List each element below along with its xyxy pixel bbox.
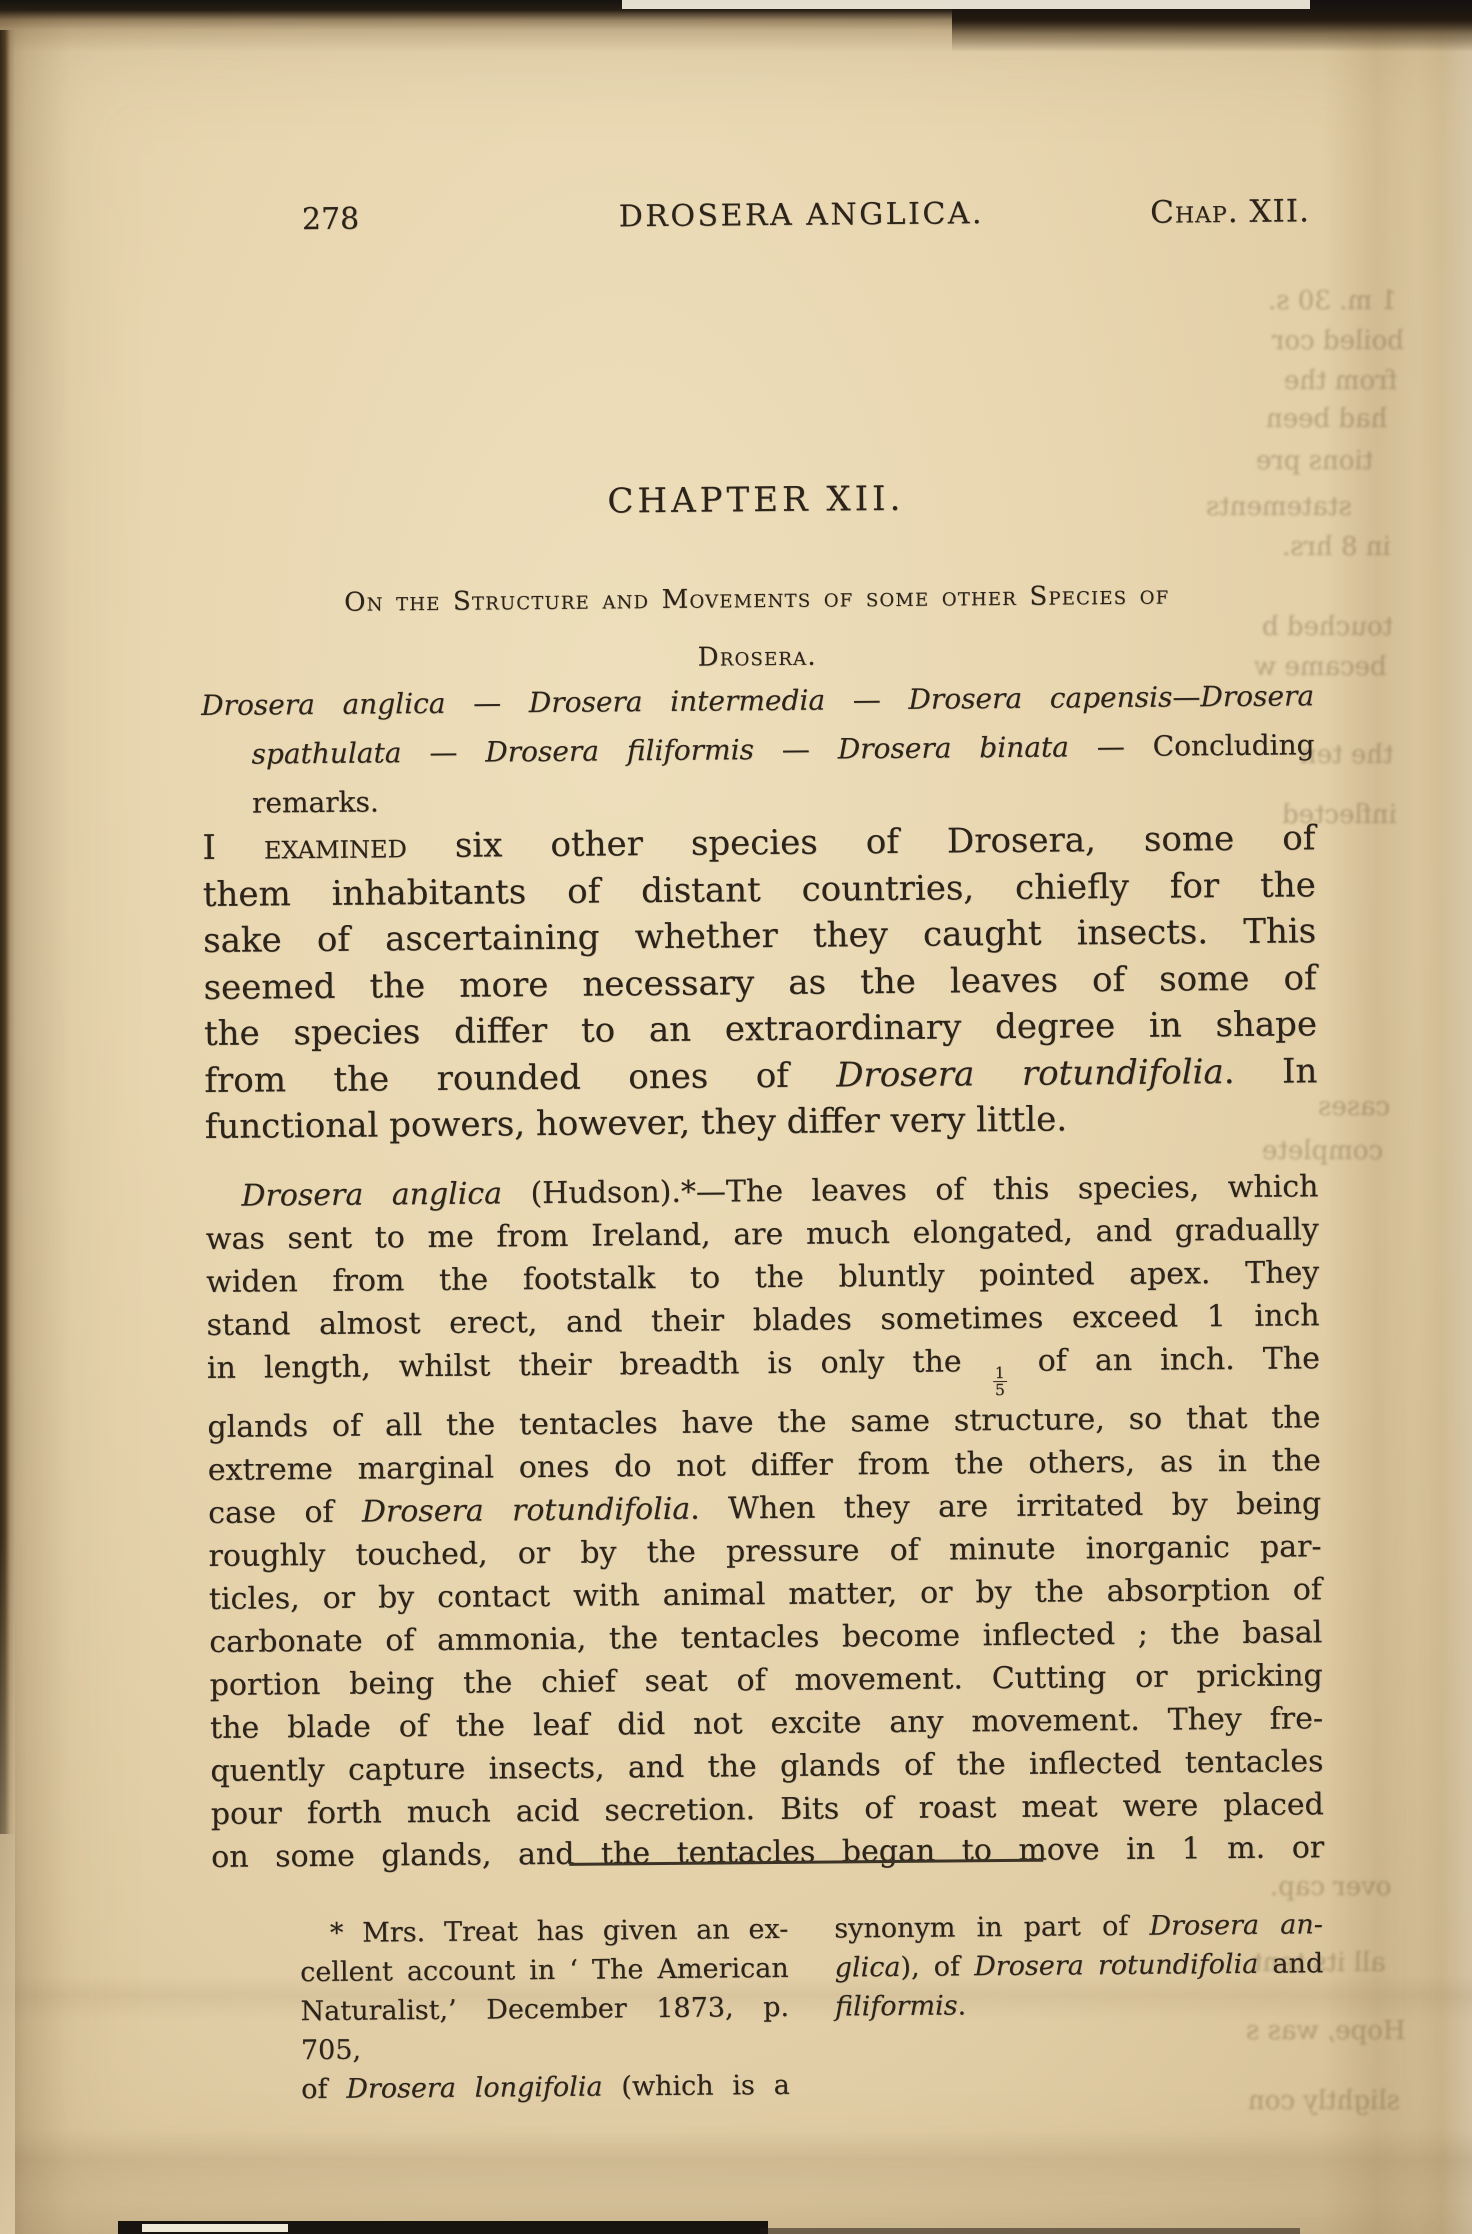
text-segment: and — [1258, 1948, 1323, 1980]
text-segment: Drosera binata — [838, 730, 1069, 765]
chapter-synopsis: Drosera anglica — Drosera intermedia — D… — [201, 671, 1315, 828]
show-through-fragment: from the — [1284, 366, 1397, 396]
text-segment: on some glands, and the tentacles began … — [211, 1830, 1324, 1875]
scan-bottom-edge-right — [760, 2228, 1300, 2234]
text-segment: Drosera — [1200, 679, 1314, 713]
text-segment: the species differ to an extraordinary d… — [204, 1004, 1317, 1054]
text-segment: widen from the footstalk to the bluntly … — [206, 1255, 1319, 1300]
text-line: cellent account in ‘ The American — [300, 1949, 789, 1992]
text-segment: of — [301, 2074, 346, 2105]
footnote-right-column: synonym in part of Drosera an-glica), of… — [834, 1905, 1324, 2104]
text-segment: ticles, or by contact with animal matter… — [209, 1572, 1322, 1617]
text-segment: of an inch. The — [1009, 1341, 1320, 1379]
show-through-fragment: boiled cor — [1272, 326, 1404, 356]
text-line: from the rounded ones of Drosera rotundi… — [204, 1048, 1317, 1104]
text-line: Naturalist,’ December 1873, p. 705, — [300, 1988, 789, 2070]
opening-paragraph: I examined six other species of Drosera,… — [202, 815, 1318, 1150]
text-segment: * Mrs. Treat has given an ex- — [330, 1914, 789, 1949]
show-through-fragment: had been — [1266, 404, 1387, 434]
scan-top-white-sliver — [622, 0, 1310, 9]
footnote-left-column: * Mrs. Treat has given an ex-cellent acc… — [300, 1910, 790, 2109]
text-segment: filiformis — [835, 1990, 958, 2022]
text-segment: Drosera filiformis — [485, 733, 754, 768]
text-segment: — — [401, 736, 485, 770]
text-segment: Drosera an- — [1149, 1909, 1323, 1942]
text-segment: glands of all the tentacles have the sam… — [207, 1400, 1320, 1445]
page-header: 278 DROSERA ANGLICA. Chap. XII. — [197, 193, 1310, 253]
drosera-anglica-paragraph: Drosera anglica (Hudson).*—The leaves of… — [205, 1165, 1324, 1878]
text-segment: (Hudson).*—The leaves of this species, w… — [502, 1169, 1319, 1211]
text-segment: — — [1172, 680, 1200, 713]
text-segment: in length, whilst their breadth is only … — [207, 1344, 990, 1386]
text-segment: stand almost erect, and their blades som… — [206, 1298, 1319, 1343]
text-segment: quently capture insects, and the glands … — [210, 1744, 1323, 1789]
book-page-scan: { "page": { "number": "278", "running_ti… — [0, 0, 1472, 2234]
text-segment: Drosera rotundifolia — [836, 1052, 1224, 1095]
text-segment: glica — [835, 1952, 901, 1984]
text-segment: — Concluding — [1069, 728, 1315, 763]
text-line: filiformis. — [835, 1983, 1324, 2026]
text-segment: the blade of the leaf did not excite any… — [210, 1701, 1323, 1746]
text-segment: . — [957, 1990, 966, 2021]
text-segment: Drosera anglica — [241, 1176, 502, 1213]
scan-left-edge-fade — [0, 1534, 15, 2234]
text-line: of Drosera longifolia (which is a — [301, 2066, 790, 2109]
footnote: * Mrs. Treat has given an ex-cellent acc… — [300, 1905, 1325, 2109]
text-segment: — — [825, 683, 909, 717]
text-segment: . When they are irritated by being — [690, 1486, 1321, 1527]
text-segment: remarks. — [252, 785, 379, 819]
text-segment: was sent to me from Ireland, are much el… — [206, 1212, 1319, 1257]
text-segment: . In — [1224, 1051, 1318, 1092]
text-segment: Drosera capensis — [908, 681, 1172, 716]
chapter-subtitle-line-1: On the Structure and Movements of some o… — [200, 565, 1313, 633]
text-segment: I — [202, 827, 264, 868]
text-segment: roughly touched, or by the pressure of m… — [208, 1529, 1321, 1574]
text-segment: from the rounded ones of — [204, 1055, 836, 1101]
text-segment: carbonate of ammonia, the tentacles beco… — [209, 1615, 1322, 1660]
chapter-label: Chap. XII. — [1150, 193, 1310, 230]
text-segment: examined — [264, 826, 407, 867]
text-segment: spathulata — [251, 736, 401, 770]
text-segment: Drosera anglica — [201, 687, 446, 722]
text-segment: ), of — [900, 1951, 974, 1983]
text-segment: Drosera longifolia — [346, 2072, 603, 2105]
text-segment: functional powers, however, they differ … — [205, 1099, 1068, 1147]
text-segment: extreme marginal ones do not differ from… — [208, 1443, 1321, 1488]
text-segment: — — [445, 686, 529, 720]
text-segment: Drosera intermedia — [529, 684, 826, 720]
text-line: synonym in part of Drosera an- — [834, 1905, 1323, 1948]
text-segment: Naturalist,’ December 1873, p. 705, — [300, 1992, 789, 2066]
text-line: in length, whilst their breadth is only … — [207, 1337, 1320, 1405]
text-segment: seemed the more necessary as the leaves … — [203, 958, 1316, 1008]
text-segment: six other species of Drosera, some of — [407, 818, 1316, 866]
text-segment: synonym in part of — [834, 1911, 1149, 1945]
text-segment: (which is a — [602, 2070, 789, 2103]
text-segment: Drosera rotundifolia — [362, 1492, 691, 1530]
show-through-fragment: 1 m. 30 s. — [1268, 286, 1397, 316]
show-through-fragment: over cap. — [1270, 1872, 1391, 1902]
text-segment: case of — [208, 1494, 362, 1530]
stacked-fraction: 15 — [993, 1365, 1007, 1399]
text-segment: them inhabitants of distant countries, c… — [203, 865, 1316, 915]
text-line: spathulata — Drosera filiformis — Droser… — [201, 720, 1314, 779]
text-segment: — — [754, 732, 838, 766]
show-through-fragment: in 8 hrs. — [1282, 532, 1391, 562]
scan-bottom-white-sliver — [142, 2224, 288, 2232]
text-segment: Drosera rotundifolia — [974, 1949, 1258, 1982]
show-through-fragment: cases — [1318, 1092, 1390, 1122]
text-line: glica), of Drosera rotundifolia and — [835, 1944, 1324, 1987]
text-segment: pour forth much acid secretion. Bits of … — [211, 1787, 1324, 1832]
show-through-fragment: tions pre — [1256, 446, 1373, 476]
text-segment: sake of ascertaining whether they caught… — [203, 911, 1316, 961]
text-segment: portion being the chief seat of movement… — [210, 1658, 1323, 1703]
text-line: functional powers, however, they differ … — [205, 1094, 1318, 1150]
text-line: * Mrs. Treat has given an ex- — [300, 1910, 789, 1953]
text-segment: cellent account in ‘ The American — [300, 1953, 789, 1988]
